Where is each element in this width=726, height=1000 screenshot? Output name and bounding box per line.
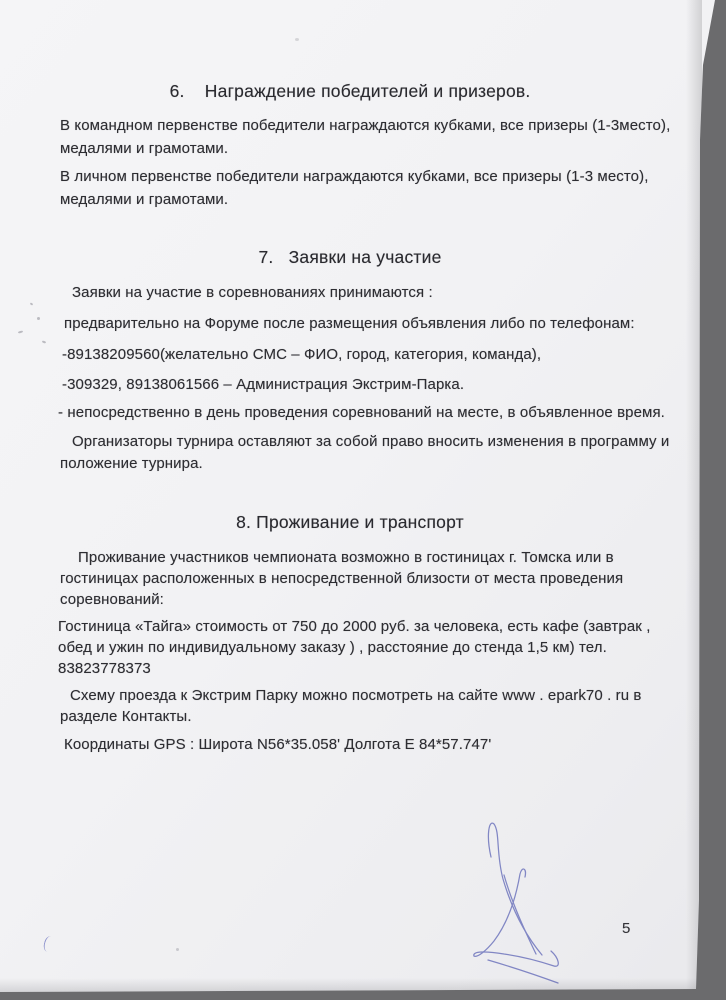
awards-para1-line1: В командном первенстве победители награж… [60, 117, 670, 135]
accommodation-para1-line1: Проживание участников чемпионата возможн… [78, 549, 614, 567]
hotel-info-line2: обед и ужин по индивидуальному заказу ) … [58, 639, 607, 657]
gps-coordinates: Координаты GPS : Широта N56*35.058' Долг… [64, 736, 491, 754]
scan-speck [295, 38, 299, 41]
section-heading-applications: 7. Заявки на участие [0, 247, 700, 267]
page-number: 5 [622, 920, 630, 937]
hotel-phone: 83823778373 [58, 660, 151, 678]
scan-speck [30, 302, 34, 305]
map-info-line2: разделе Контакты. [60, 708, 192, 726]
map-info-line1: Схему проезда к Экстрим Парку можно посм… [70, 687, 641, 705]
awards-para1-line2: медалями и грамотами. [60, 140, 228, 158]
applications-note-line1: Организаторы турнира оставляют за собой … [72, 433, 669, 451]
scan-speck [37, 317, 40, 320]
paper-edge-shadow-bottom [0, 978, 700, 992]
accommodation-para1-line2: гостиницах расположенных в непосредствен… [60, 570, 623, 588]
hotel-info-line1: Гостиница «Тайга» стоимость от 750 до 20… [58, 618, 650, 636]
section-heading-accommodation: 8. Проживание и транспорт [0, 512, 700, 532]
paper-edge-shadow-right [686, 0, 702, 992]
applications-intro: Заявки на участие в соревнованиях приним… [72, 284, 433, 302]
scan-speck [18, 330, 23, 333]
awards-para2-line1: В личном первенстве победители награждаю… [60, 168, 649, 186]
applications-method1: предварительно на Форуме после размещени… [64, 315, 635, 333]
scan-speck [176, 948, 179, 951]
applications-phone1: -89138209560(желательно СМС – ФИО, город… [62, 346, 541, 364]
awards-para2-line2: медалями и грамотами. [60, 191, 228, 209]
scanned-page: 6. Награждение победителей и призеров. В… [0, 0, 726, 1000]
scan-speck [42, 340, 46, 343]
accommodation-para1-line3: соревнований: [60, 591, 164, 609]
section-heading-awards: 6. Награждение победителей и призеров. [0, 81, 700, 101]
paper-sheet: 6. Награждение победителей и призеров. В… [0, 0, 726, 1000]
applications-note-line2: положение турнира. [60, 455, 203, 473]
applications-phone2: -309329, 89138061566 – Администрация Экс… [62, 376, 464, 394]
handwritten-signature [430, 805, 590, 985]
applications-method2: - непосредственно в день проведения соре… [58, 404, 665, 422]
stray-pen-mark [42, 935, 56, 953]
